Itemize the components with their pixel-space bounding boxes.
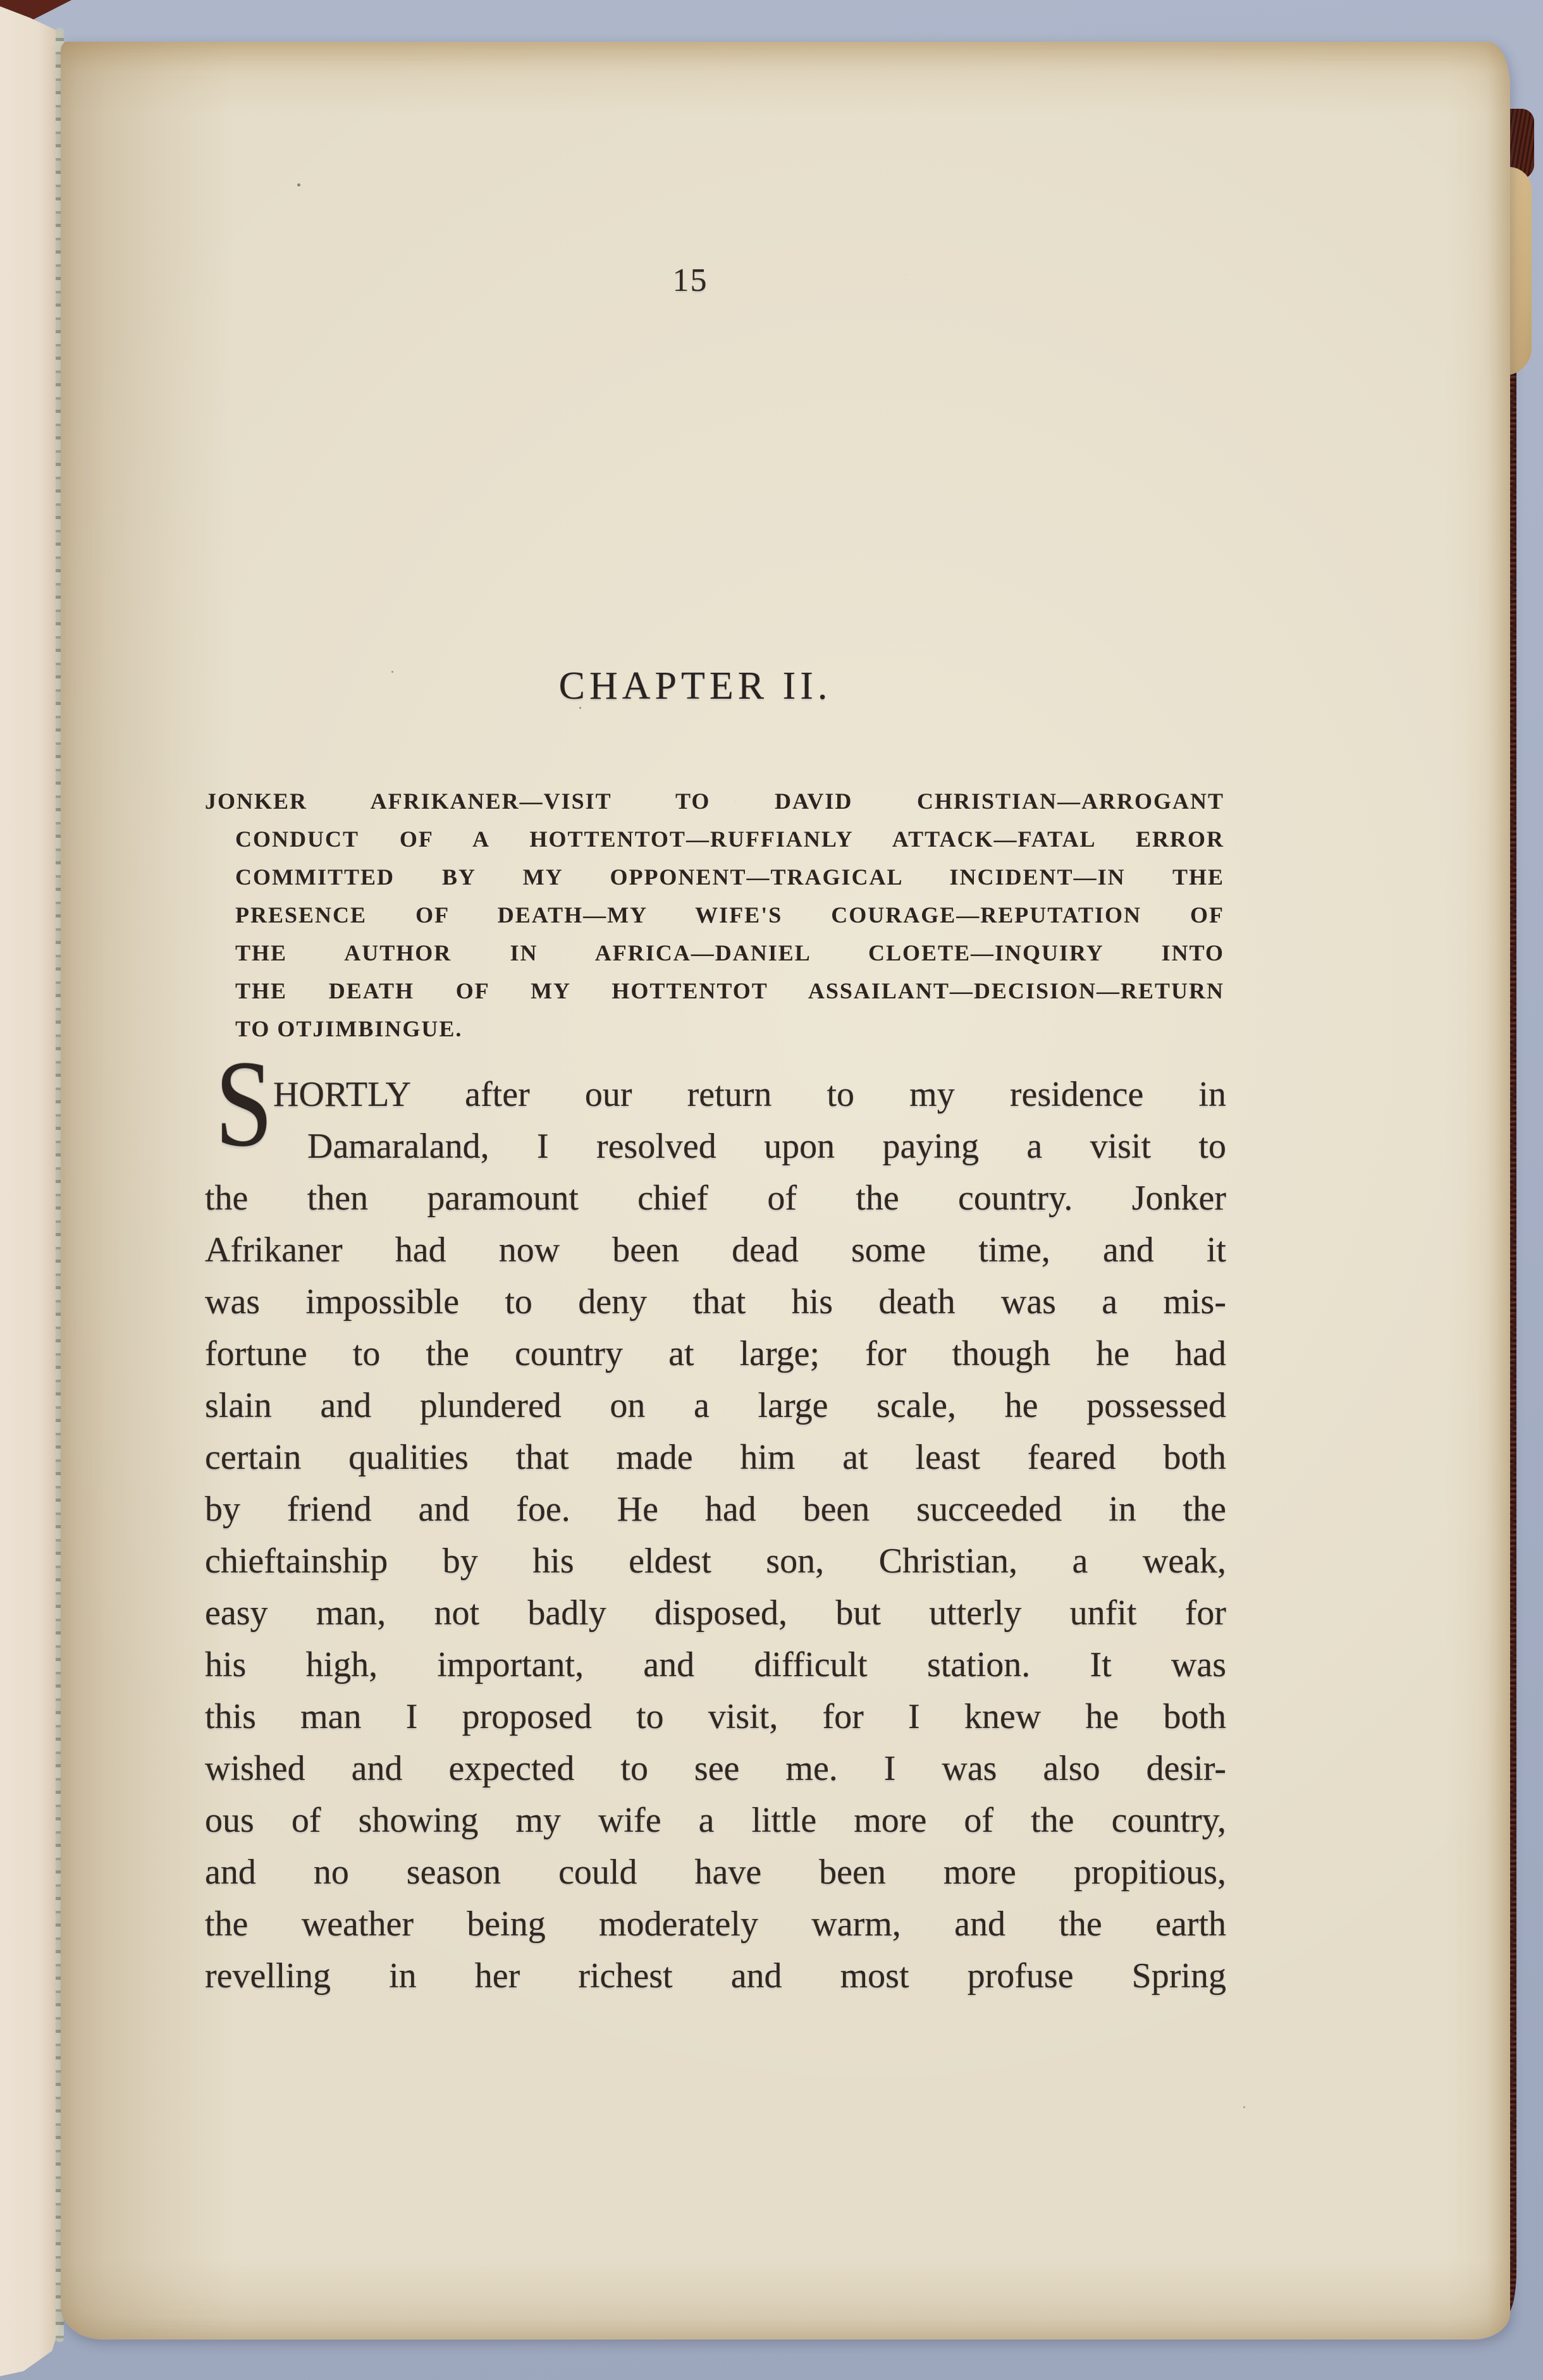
summary-line: COMMITTED BY MY OPPONENT—TRAGICAL INCIDE… — [205, 859, 1224, 897]
summary-line: PRESENCE OF DEATH—MY WIFE'S COURAGE—REPU… — [205, 897, 1224, 935]
body-line: and no season could have been more propi… — [205, 1848, 1226, 1899]
body-line: revelling in her richest and most profus… — [205, 1951, 1226, 2003]
chapter-heading: CHAPTER II. — [185, 664, 1206, 709]
body-line: his high, important, and difficult stati… — [205, 1640, 1226, 1692]
body-line: this man I proposed to visit, for I knew… — [205, 1692, 1226, 1744]
summary-line: TO OTJIMBINGUE. — [205, 1010, 1224, 1048]
body-line: the weather being moderately warm, and t… — [205, 1899, 1226, 1951]
photo-backdrop: 15 CHAPTER II. JONKER AFRIKANER—VISIT TO… — [0, 0, 1543, 2380]
summary-line: THE AUTHOR IN AFRICA—DANIEL CLOETE—INQUI… — [205, 935, 1224, 972]
body-line: slain and plundered on a large scale, he… — [205, 1381, 1226, 1433]
body-line: by friend and foe. He had been succeeded… — [205, 1485, 1226, 1537]
body-line: the then paramount chief of the country.… — [205, 1174, 1226, 1225]
body-line: Afrikaner had now been dead some time, a… — [205, 1225, 1226, 1277]
body-line: was impossible to deny that his death wa… — [205, 1277, 1226, 1329]
body-line: ous of showing my wife a little more of … — [205, 1796, 1226, 1848]
body-line: easy man, not badly disposed, but utterl… — [205, 1588, 1226, 1640]
body-paragraph: HORTLY after our return to my residence … — [205, 1070, 1226, 2003]
summary-line: JONKER AFRIKANER—VISIT TO DAVID CHRISTIA… — [205, 783, 1224, 821]
body-line: wished and expected to see me. I was als… — [205, 1744, 1226, 1796]
body-line: fortune to the country at large; for tho… — [205, 1329, 1226, 1381]
body-line: certain qualities that made him at least… — [205, 1433, 1226, 1485]
summary-line: CONDUCT OF A HOTTENTOT—RUFFIANLY ATTACK—… — [205, 821, 1224, 859]
body-line: HORTLY after our return to my residence … — [205, 1070, 1226, 1122]
page-number: 15 — [180, 262, 1201, 299]
dust-specks — [297, 183, 300, 187]
chapter-summary: JONKER AFRIKANER—VISIT TO DAVID CHRISTIA… — [205, 783, 1224, 1048]
body-line: chieftainship by his eldest son, Christi… — [205, 1537, 1226, 1588]
facing-page-edge — [0, 0, 62, 2380]
body-line: Damaraland, I resolved upon paying a vis… — [205, 1122, 1226, 1174]
summary-line: THE DEATH OF MY HOTTENTOT ASSAILANT—DECI… — [205, 972, 1224, 1010]
